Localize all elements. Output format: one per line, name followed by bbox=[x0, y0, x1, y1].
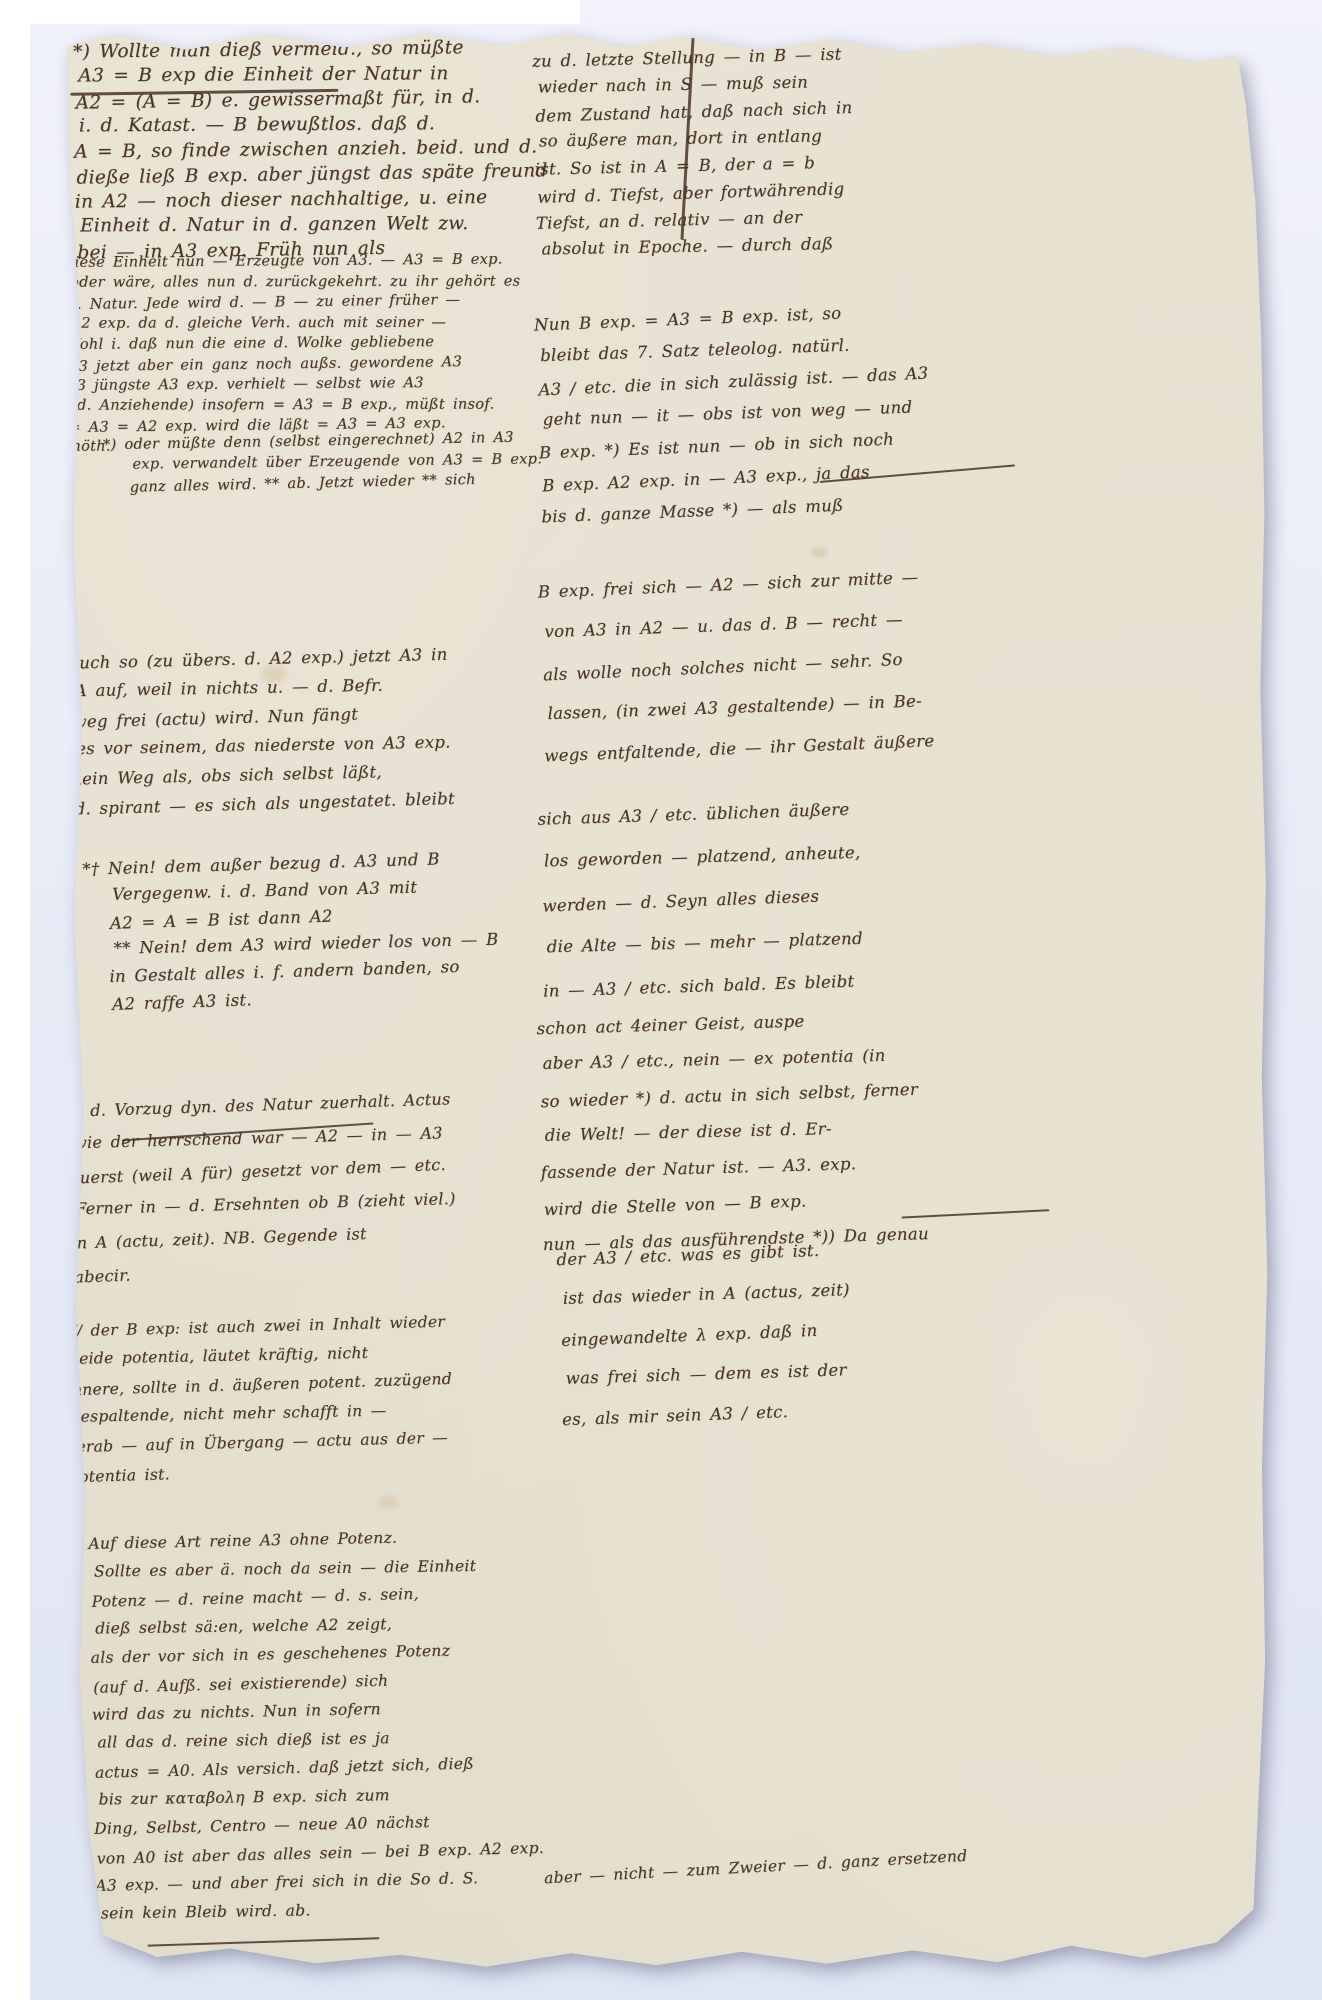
folio-prefix: N bbox=[1172, 37, 1188, 58]
foxing-stain bbox=[379, 1495, 399, 1509]
folio-number: N32 bbox=[1172, 33, 1224, 60]
handwritten-line: aber — nicht — zum Zweier — d. ganz erse… bbox=[543, 1839, 1034, 1891]
handwritten-line: diese Einheit nun — Erzeugte von A3. — A… bbox=[65, 249, 545, 273]
handwritten-line: A2 exp. da d. gleiche Verh. auch mit sei… bbox=[70, 312, 550, 334]
manuscript-paper: N32 *) Wollte man dieß vermeid., so müßt… bbox=[47, 24, 1270, 1971]
right-block-5: schon act 4einer Geist, auspeaber A3 / e… bbox=[536, 997, 1023, 1263]
left-block-2: diese Einheit nun — Erzeugte von A3. — A… bbox=[65, 249, 547, 458]
right-block-4: sich aus A3 / etc. üblichen äußerelos ge… bbox=[537, 783, 1004, 1013]
left-block-3-footnote: *) oder müßte denn (selbst eingerechnet)… bbox=[103, 427, 554, 498]
paper-shadow-wrap: N32 *) Wollte man dieß vermeid., so müßt… bbox=[0, 0, 1322, 2000]
left-block-7-b-exp-note: *// der B exp: ist auch zwei in Inhalt w… bbox=[63, 1305, 557, 1491]
left-block-6-footnote: *) d. Vorzug dyn. des Natur zuerhalt. Ac… bbox=[66, 1080, 542, 1293]
foxing-stain bbox=[811, 546, 827, 558]
right-block-3: B exp. frei sich — A2 — sich zur mitte —… bbox=[537, 553, 1015, 776]
left-block-1-header-formulas: *) Wollte man dieß vermeid., so müßteA3 … bbox=[73, 34, 536, 264]
handwritten-line: d. Natur. Jede wird d. — B — zu einer fr… bbox=[67, 289, 547, 315]
right-block-1-cancelled: zu d. letzte Stellung — in B — istwieder… bbox=[532, 37, 1007, 264]
manuscript-scan: N32 *) Wollte man dieß vermeid., so müßt… bbox=[0, 0, 1322, 2000]
left-block-8-bottom: Auf diese Art reine A3 ohne Potenz.Sollt… bbox=[88, 1520, 566, 1928]
right-block-2: Nun B exp. = A3 = B exp. ist, sobleibt d… bbox=[533, 291, 1011, 533]
underline-stroke bbox=[148, 1937, 380, 1946]
folio-number-value: 32 bbox=[1192, 33, 1225, 59]
handwritten-line: i. d. Katast. — B bewußtlos. daß d. bbox=[79, 111, 539, 139]
left-block-4: auch so (zu übers. d. A2 exp.) jetzt A3 … bbox=[69, 638, 543, 823]
right-block-6: der A3 / etc. was es gibt ist.ist das wi… bbox=[556, 1225, 1003, 1441]
right-block-7-trailing-line: aber — nicht — zum Zweier — d. ganz erse… bbox=[543, 1839, 1034, 1891]
left-block-5-nein-notes: *† Nein! dem außer bezug d. A3 und BVerg… bbox=[82, 843, 546, 1018]
